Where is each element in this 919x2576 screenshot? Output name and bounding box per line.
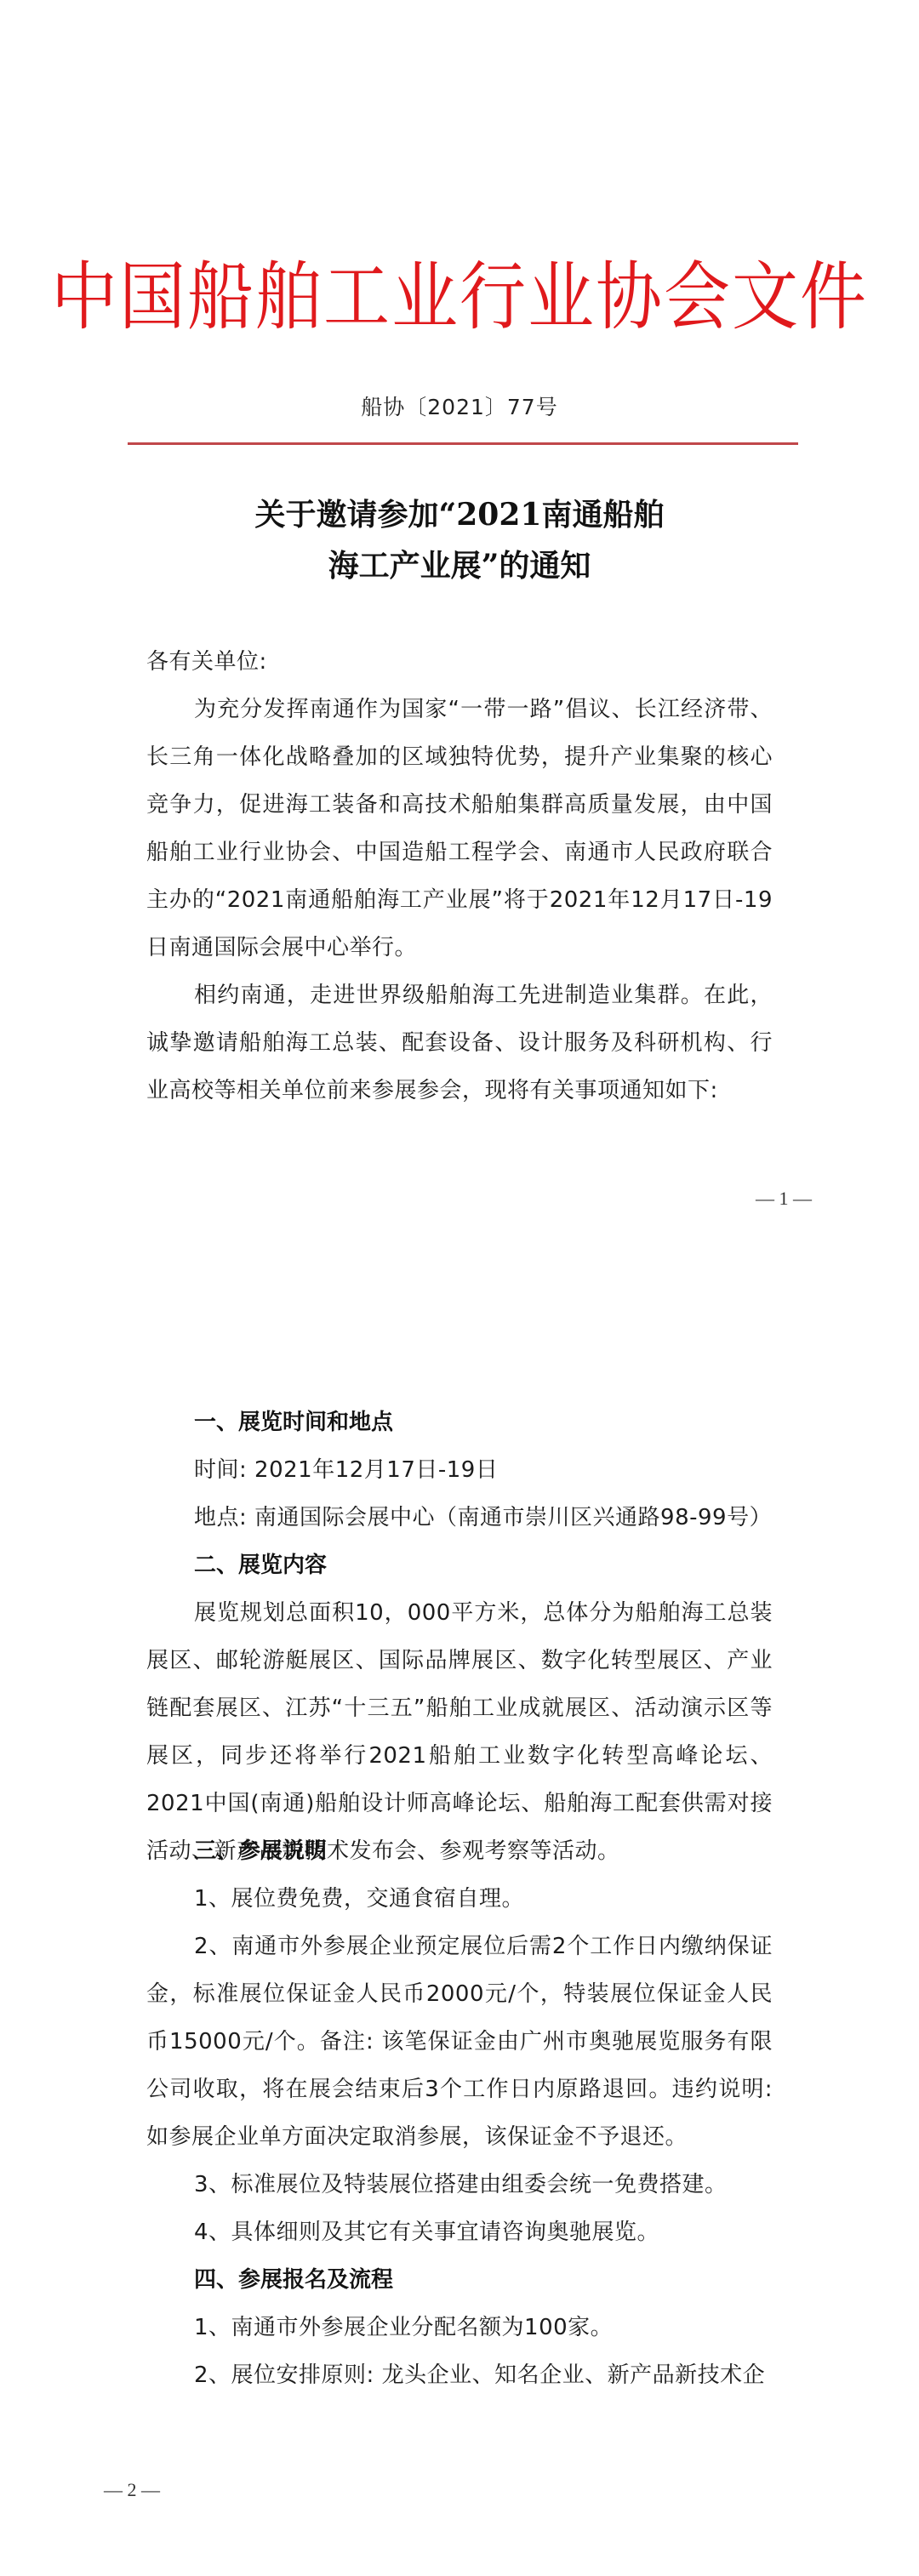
section-heading-registration: 四、参展报名及流程	[194, 2256, 773, 2304]
participation-note-3: 3、标准展位及特装展位搭建由组委会统一免费搭建。	[146, 2161, 773, 2208]
notice-title-line-2: 海工产业展”的通知	[0, 540, 919, 591]
header-divider-rule	[128, 442, 798, 445]
exhibition-location: 地点: 南通国际会展中心（南通市崇川区兴通路98-99号）	[194, 1494, 807, 1542]
notice-title: 关于邀请参加“2021南通船舶 海工产业展”的通知	[0, 489, 919, 591]
page-number-2: — 2 —	[104, 2477, 160, 2503]
exhibition-time: 时间: 2021年12月17日-19日	[194, 1446, 773, 1494]
registration-item-1: 1、南通市外参展企业分配名额为100家。	[146, 2304, 773, 2351]
salutation: 各有关单位:	[146, 638, 773, 686]
notice-title-line-1: 关于邀请参加“2021南通船舶	[0, 489, 919, 540]
section-heading-participation-notes: 三、参展说明	[194, 1827, 773, 1875]
document-number: 船协〔2021〕77号	[0, 393, 919, 422]
participation-note-4: 4、具体细则及其它有关事宜请咨询奥驰展览。	[146, 2208, 773, 2256]
participation-note-1: 1、展位费免费，交通食宿自理。	[146, 1875, 773, 1923]
intro-paragraph: 为充分发挥南通作为国家“一带一路”倡议、长江经济带、长三角一体化战略叠加的区域独…	[146, 686, 773, 972]
invitation-paragraph: 相约南通，走进世界级船舶海工先进制造业集群。在此，诚挚邀请船舶海工总装、配套设备…	[146, 972, 773, 1114]
org-document-header-title: 中国船舶工业行业协会文件	[0, 252, 919, 344]
section-heading-time-location: 一、展览时间和地点	[194, 1399, 773, 1446]
section-heading-exhibition-content: 二、展览内容	[194, 1542, 773, 1589]
registration-item-2: 2、展位安排原则: 龙头企业、知名企业、新产品新技术企	[146, 2351, 773, 2399]
page-number-1: — 1 —	[756, 1186, 812, 1211]
participation-note-2: 2、南通市外参展企业预定展位后需2个工作日内缴纳保证金，标准展位保证金人民币20…	[146, 1923, 773, 2161]
